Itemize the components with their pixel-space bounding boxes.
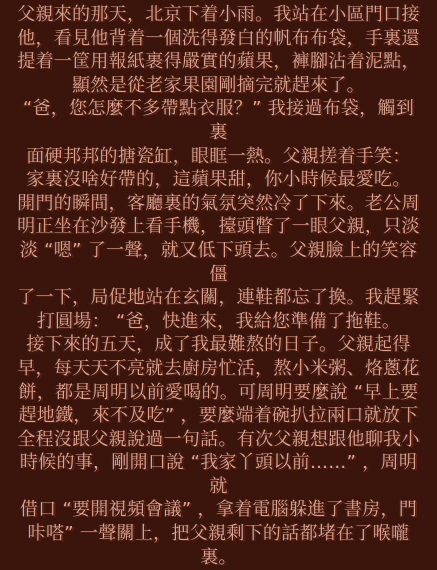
text-line: 接下來的五天，成了我最難熬的日子。父親起得 — [14, 333, 423, 357]
text-line: “爸，您怎麼不多帶點衣服？” 我接過布袋，觸到 — [14, 97, 423, 121]
text-line: 裏 — [14, 121, 423, 145]
text-line: 開門的瞬間，客廳裏的氣氛突然冷了下來。老公周 — [14, 192, 423, 216]
text-line: 借口 “要開視頻會議” ，拿着電腦躲進了書房，門 — [14, 498, 423, 522]
text-line: 全程沒跟父親說過一句話。有次父親想跟他聊我小 — [14, 428, 423, 452]
text-line: 提着一筐用報紙裹得嚴實的蘋果，褲腳沾着泥點， — [14, 50, 423, 74]
text-line: 就 — [14, 475, 423, 499]
text-line: 時候的事，剛開口說 “我家丫頭以前……” ，周明 — [14, 451, 423, 475]
text-line: 僵 — [14, 263, 423, 287]
text-line: 顯然是從老家果園剛摘完就趕來了。 — [14, 74, 423, 98]
text-line: 早，每天天不亮就去廚房忙活，熬小米粥、烙蔥花 — [14, 357, 423, 381]
text-line: 家裏沒啥好帶的，這蘋果甜，你小時候最愛吃。 — [14, 168, 423, 192]
text-line: 餅，都是周明以前愛喝的。可周明要麼說 “早上要 — [14, 381, 423, 405]
text-line: 父親來的那天，北京下着小雨。我站在小區門口接 — [14, 3, 423, 27]
text-line: 裏。 — [14, 546, 423, 570]
text-line: 打圓場： “爸，快進來，我給您準備了拖鞋。 — [14, 310, 423, 334]
text-line: 了一下，局促地站在玄關，連鞋都忘了換。我趕緊 — [14, 286, 423, 310]
text-line: 咔嗒” 一聲關上，把父親剩下的話都堵在了喉嚨 — [14, 522, 423, 546]
text-line: 淡 “嗯” 了一聲，就又低下頭去。父親臉上的笑容 — [14, 239, 423, 263]
story-page: 父親來的那天，北京下着小雨。我站在小區門口接 他，看見他背着一個洗得發白的帆布布… — [0, 0, 437, 570]
text-line: 他，看見他背着一個洗得發白的帆布布袋，手裏還 — [14, 27, 423, 51]
text-line: 面硬邦邦的搪瓷缸，眼眶一熱。父親搓着手笑： — [14, 145, 423, 169]
text-line: 明正坐在沙發上看手機，擡頭瞥了一眼父親，只淡 — [14, 215, 423, 239]
text-line: 趕地鐵，來不及吃” ，要麼端着碗扒拉兩口就放下 — [14, 404, 423, 428]
